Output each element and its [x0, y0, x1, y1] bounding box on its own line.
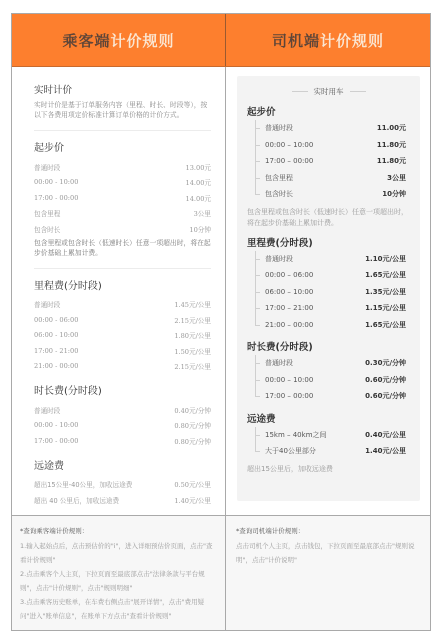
price-value: 1.35元/公里	[365, 287, 406, 297]
price-row: 00:00 - 06:002.15元/公里	[34, 312, 211, 328]
price-value: 2.15元/公里	[174, 361, 211, 371]
price-label: 21:00 - 00:00	[34, 362, 78, 370]
price-label: 超出 40 公里后，加收远途费	[34, 495, 119, 505]
price-row: 00:00 – 10:0011.80元	[255, 137, 412, 154]
price-row: 00:00 - 10:0014.00元	[34, 175, 211, 191]
price-label: 00:00 - 06:00	[34, 316, 78, 324]
price-row: 普通时段1.10元/公里	[255, 251, 412, 268]
price-row: 超出15公里-40公里，加收远途费0.50元/公里	[34, 477, 211, 493]
price-row: 普通时段0.40元/分钟	[34, 402, 211, 418]
price-value: 11.00元	[377, 123, 406, 133]
price-row: 包含时长10分钟	[255, 186, 412, 203]
price-row: 超出 40 公里后，加收远途费1.40元/公里	[34, 492, 211, 508]
price-value: 14.00元	[186, 177, 211, 187]
price-row: 普通时段1.45元/公里	[34, 297, 211, 313]
price-label: 00:00 – 10:00	[265, 376, 313, 384]
price-value: 1.45元/公里	[174, 299, 211, 309]
price-label: 包含里程	[34, 208, 60, 218]
price-row: 00:00 – 06:001.65元/公里	[255, 267, 412, 284]
header-driver-suffix: 计价规则	[320, 30, 384, 51]
long-distance-note: 超出15公里后，加收远途费	[245, 460, 412, 477]
duration-fee-title: 时长费(分时段)	[34, 382, 211, 397]
price-row: 17:00 – 21:001.15元/公里	[255, 300, 412, 317]
price-value: 0.30元/分钟	[365, 358, 406, 368]
price-label: 普通时段	[34, 162, 60, 172]
price-value: 2.15元/公里	[174, 315, 211, 325]
price-value: 14.00元	[186, 193, 211, 203]
passenger-pricing-panel: 实时计价 实时计价是基于订单服务内容（里程、时长、时段等），按以下各费用项定价标…	[12, 68, 225, 515]
price-label: 普通时段	[265, 358, 293, 368]
realtime-banner: 实时用车	[245, 84, 412, 98]
price-value: 1.65元/公里	[365, 320, 406, 330]
long-distance-fee-title: 远途费	[34, 457, 211, 472]
notes-title: *查询司机端计价规则：	[236, 526, 422, 535]
price-value: 3公里	[194, 208, 211, 218]
price-value: 1.80元/公里	[174, 330, 211, 340]
price-row: 普通时段13.00元	[34, 159, 211, 175]
price-value: 11.80元	[377, 156, 406, 166]
notes-line: 1.输入起始点后，点击预估价的"i"，进入详细预估价页面，点击"查看计价规则"	[20, 539, 217, 567]
price-value: 0.60元/分钟	[365, 375, 406, 385]
header-driver: 司机端计价规则	[226, 14, 430, 66]
price-value: 0.80元/分钟	[174, 420, 211, 430]
price-label: 包含时长	[34, 224, 60, 234]
price-label: 21:00 – 00:00	[265, 321, 313, 329]
base-fare-list: 普通时段11.00元 00:00 – 10:0011.80元 17:00 – 0…	[255, 120, 412, 203]
base-fare-title: 起步价	[34, 139, 211, 154]
price-row: 17:00 - 21:001.50元/公里	[34, 343, 211, 359]
price-value: 1.40元/公里	[365, 446, 406, 456]
price-row: 06:00 – 10:001.35元/公里	[255, 284, 412, 301]
base-fare-note: 包含里程或包含时长（低速时长）任意一项超出时，将在起步价基础上累加计费。	[245, 203, 412, 231]
price-value: 0.50元/公里	[174, 479, 211, 489]
section-divider	[34, 268, 211, 269]
price-label: 包含时长	[265, 189, 293, 199]
price-label: 17:00 – 21:00	[265, 304, 313, 312]
price-value: 1.15元/公里	[365, 303, 406, 313]
intro-title: 实时计价	[34, 82, 211, 96]
intro-description: 实时计价是基于订单服务内容（里程、时长、时段等），按以下各费用项定价标准计算订单…	[34, 100, 211, 120]
price-label: 普通时段	[265, 123, 293, 133]
price-row: 普通时段11.00元	[255, 120, 412, 137]
price-row: 21:00 – 00:001.65元/公里	[255, 317, 412, 334]
price-label: 包含里程	[265, 173, 293, 183]
price-label: 06:00 - 10:00	[34, 331, 78, 339]
long-distance-fee-title: 远途费	[247, 411, 412, 425]
price-label: 00:00 - 10:00	[34, 421, 78, 429]
price-label: 17:00 - 00:00	[34, 194, 78, 202]
price-label: 普通时段	[265, 254, 293, 264]
price-row: 包含里程3公里	[34, 206, 211, 222]
price-value: 10分钟	[382, 189, 406, 199]
banner-line-right	[350, 91, 366, 92]
price-label: 17:00 - 21:00	[34, 347, 78, 355]
price-label: 00:00 – 10:00	[265, 141, 313, 149]
price-row: 17:00 – 00:0011.80元	[255, 153, 412, 170]
price-value: 0.80元/分钟	[174, 436, 211, 446]
driver-pricing-card: 实时用车 起步价 普通时段11.00元 00:00 – 10:0011.80元 …	[237, 76, 420, 501]
price-row: 00:00 - 10:000.80元/分钟	[34, 418, 211, 434]
header-driver-prefix: 司机端	[272, 30, 320, 51]
price-row: 17:00 – 00:000.60元/分钟	[255, 388, 412, 405]
duration-fee-title: 时长费(分时段)	[247, 339, 412, 353]
header-passenger-suffix: 计价规则	[111, 30, 175, 51]
price-row: 包含里程3公里	[255, 170, 412, 187]
long-distance-fee-list: 15km – 40km之间0.40元/公里 大于40公里部分1.40元/公里	[255, 427, 412, 460]
pricing-comparison-table: 乘客端计价规则 司机端计价规则 实时计价 实时计价是基于订单服务内容（里程、时长…	[11, 13, 431, 631]
price-label: 06:00 – 10:00	[265, 288, 313, 296]
mileage-fee-title: 里程费(分时段)	[34, 277, 211, 292]
price-value: 11.80元	[377, 140, 406, 150]
price-label: 超出15公里-40公里，加收远途费	[34, 479, 132, 489]
base-fare-title: 起步价	[247, 104, 412, 118]
price-value: 0.40元/公里	[365, 430, 406, 440]
price-value: 0.60元/分钟	[365, 391, 406, 401]
price-value: 0.40元/分钟	[174, 405, 211, 415]
price-value: 1.50元/公里	[174, 346, 211, 356]
header-passenger: 乘客端计价规则	[12, 14, 226, 66]
price-row: 包含时长10分钟	[34, 221, 211, 237]
price-value: 1.40元/公里	[174, 495, 211, 505]
table-header: 乘客端计价规则 司机端计价规则	[12, 14, 430, 67]
mileage-fee-list: 普通时段1.10元/公里 00:00 – 06:001.65元/公里 06:00…	[255, 251, 412, 334]
price-value: 3公里	[387, 173, 406, 183]
price-label: 17:00 – 00:00	[265, 157, 313, 165]
price-value: 1.10元/公里	[365, 254, 406, 264]
duration-fee-list: 普通时段0.30元/分钟 00:00 – 10:000.60元/分钟 17:00…	[255, 355, 412, 405]
section-divider	[34, 130, 211, 131]
driver-lookup-notes: *查询司机端计价规则： 点击司机个人主页，点击钱包，下拉页面至最底部点击"规则说…	[226, 516, 430, 630]
base-fare-note: 包含里程或包含时长（低速时长）任意一项超出时，将在起步价基础上累加计费。	[34, 238, 211, 258]
price-row: 17:00 - 00:0014.00元	[34, 190, 211, 206]
mileage-fee-title: 里程费(分时段)	[247, 235, 412, 249]
price-label: 00:00 – 06:00	[265, 271, 313, 279]
notes-line: 3.点击乘客历史账单，在车费右侧点击"展开详情"，点击"费用疑问"进入"账单信息…	[20, 595, 217, 623]
price-row: 大于40公里部分1.40元/公里	[255, 443, 412, 460]
price-label: 17:00 – 00:00	[265, 392, 313, 400]
price-row: 普通时段0.30元/分钟	[255, 355, 412, 372]
price-label: 00:00 - 10:00	[34, 178, 78, 186]
price-row: 15km – 40km之间0.40元/公里	[255, 427, 412, 444]
notes-title: *查询乘客端计价规则：	[20, 526, 217, 535]
header-passenger-prefix: 乘客端	[62, 30, 110, 51]
price-label: 大于40公里部分	[265, 446, 316, 456]
banner-text: 实时用车	[314, 86, 344, 97]
price-value: 1.65元/公里	[365, 270, 406, 280]
price-row: 00:00 – 10:000.60元/分钟	[255, 372, 412, 389]
price-label: 15km – 40km之间	[265, 430, 327, 440]
price-value: 10分钟	[189, 224, 211, 234]
banner-line-left	[292, 91, 308, 92]
price-row: 21:00 - 00:002.15元/公里	[34, 359, 211, 375]
notes-line: 点击司机个人主页，点击钱包，下拉页面至最底部点击"规则说明"，点击"计价说明"	[236, 539, 422, 567]
notes-line: 2.点击乘客个人主页，下拉页面至最底部点击"法律条款与平台规则"，点击"计价规则…	[20, 567, 217, 595]
passenger-lookup-notes: *查询乘客端计价规则： 1.输入起始点后，点击预估价的"i"，进入详细预估价页面…	[12, 516, 225, 630]
price-label: 普通时段	[34, 299, 60, 309]
price-row: 06:00 - 10:001.80元/公里	[34, 328, 211, 344]
price-label: 普通时段	[34, 405, 60, 415]
price-value: 13.00元	[186, 162, 211, 172]
price-row: 17:00 - 00:000.80元/分钟	[34, 433, 211, 449]
price-label: 17:00 - 00:00	[34, 437, 78, 445]
